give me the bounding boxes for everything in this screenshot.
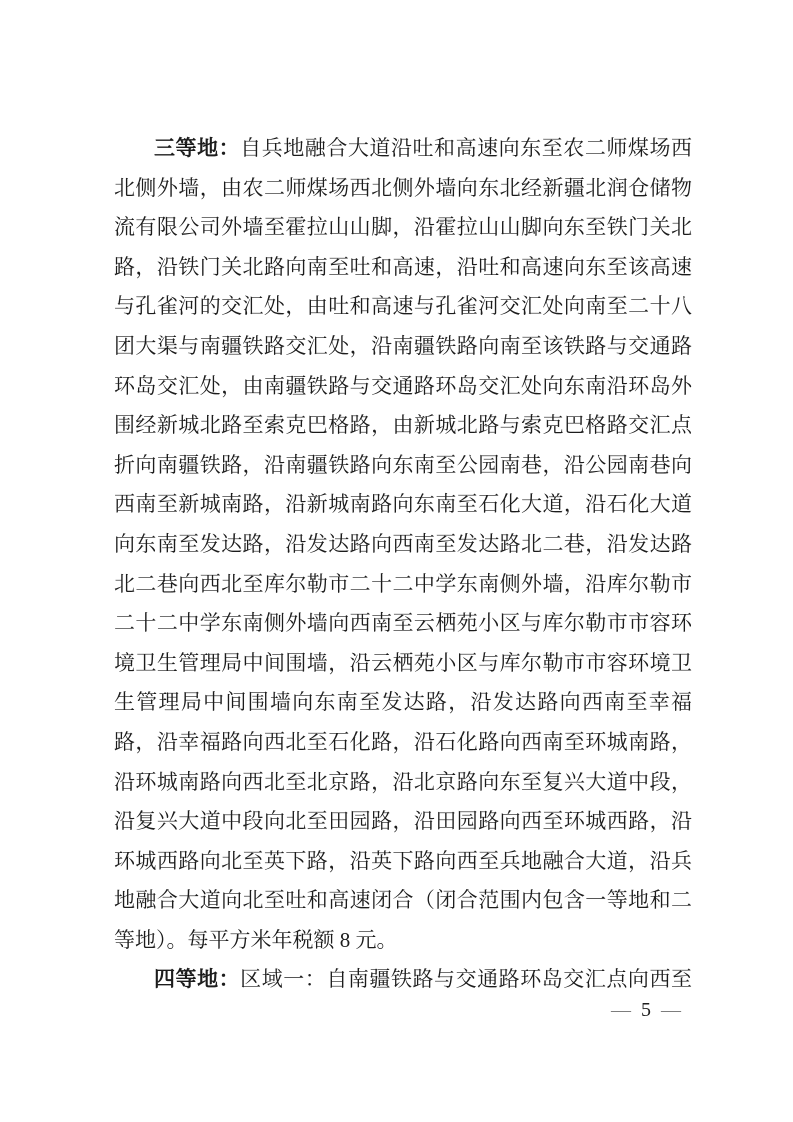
body-text-segment: 环城西路向北至英下路，沿英下路向西至兵地融合大道，沿兵: [114, 849, 692, 873]
body-text-segment: 围经新城北路至索克巴格路，由新城北路与索克巴格路交汇点: [114, 413, 692, 437]
text-line: 环城西路向北至英下路，沿英下路向西至兵地融合大道，沿兵: [114, 842, 692, 882]
body-text-segment: 沿复兴大道中段向北至田园路，沿田园路向西至环城西路，沿: [114, 809, 692, 833]
body-text-segment: 西南至新城南路，沿新城南路向东南至石化大道，沿石化大道: [114, 492, 692, 516]
body-text-segment: 折向南疆铁路，沿南疆铁路向东南至公园南巷，沿公园南巷向: [114, 453, 692, 477]
body-text-segment: 路，沿铁门关北路向南至吐和高速，沿吐和高速向东至该高速: [114, 255, 692, 279]
text-line: 流有限公司外墙至霍拉山山脚，沿霍拉山山脚向东至铁门关北: [114, 208, 692, 248]
document-page: 三等地：自兵地融合大道沿吐和高速向东至农二师煤场西北侧外墙，由农二师煤场西北侧外…: [0, 0, 793, 1122]
body-text-segment: 路，沿幸福路向西北至石化路，沿石化路向西南至环城南路，: [114, 730, 692, 754]
body-text-segment: 生管理局中间围墙向东南至发达路，沿发达路向西南至幸福: [114, 690, 692, 714]
text-line: 北侧外墙，由农二师煤场西北侧外墙向东北经新疆北润仓储物: [114, 169, 692, 209]
text-line: 沿环城南路向西北至北京路，沿北京路向东至复兴大道中段，: [114, 763, 692, 803]
body-text-segment: 北侧外墙，由农二师煤场西北侧外墙向东北经新疆北润仓储物: [114, 176, 692, 200]
text-line: 围经新城北路至索克巴格路，由新城北路与索克巴格路交汇点: [114, 406, 692, 446]
body-text-segment: 地融合大道向北至吐和高速闭合（闭合范围内包含一等地和二: [114, 888, 692, 912]
text-line: 地融合大道向北至吐和高速闭合（闭合范围内包含一等地和二: [114, 881, 692, 921]
section-heading: 三等地：: [154, 137, 240, 160]
body-text-segment: 环岛交汇处，由南疆铁路与交通路环岛交汇处向东南沿环岛外: [114, 374, 692, 398]
text-line: 向东南至发达路，沿发达路向西南至发达路北二巷，沿发达路: [114, 525, 692, 565]
body-text-segment: 境卫生管理局中间围墙，沿云栖苑小区与库尔勒市市容环境卫: [114, 651, 692, 675]
text-line: 北二巷向西北至库尔勒市二十二中学东南侧外墙，沿库尔勒市: [114, 565, 692, 605]
body-text: 三等地：自兵地融合大道沿吐和高速向东至农二师煤场西北侧外墙，由农二师煤场西北侧外…: [114, 129, 692, 1000]
text-line: 路，沿幸福路向西北至石化路，沿石化路向西南至环城南路，: [114, 723, 692, 763]
body-text-segment: 自兵地融合大道沿吐和高速向东至农二师煤场西: [240, 136, 692, 160]
text-line: 三等地：自兵地融合大道沿吐和高速向东至农二师煤场西: [114, 129, 692, 169]
body-text-segment: 向东南至发达路，沿发达路向西南至发达路北二巷，沿发达路: [114, 532, 692, 556]
text-line: 等地）。每平方米年税额 8 元。: [114, 921, 692, 961]
text-line: 四等地：区域一：自南疆铁路与交通路环岛交汇点向西至: [114, 960, 692, 1000]
page-number-value: 5: [641, 999, 651, 1021]
body-text-segment: 沿环城南路向西北至北京路，沿北京路向东至复兴大道中段，: [114, 770, 692, 794]
text-line: 折向南疆铁路，沿南疆铁路向东南至公园南巷，沿公园南巷向: [114, 446, 692, 486]
page-number-left-dash: —: [611, 999, 631, 1021]
body-text-segment: 团大渠与南疆铁路交汇处，沿南疆铁路向南至该铁路与交通路: [114, 334, 692, 358]
text-line: 与孔雀河的交汇处，由吐和高速与孔雀河交汇处向南至二十八: [114, 287, 692, 327]
text-line: 二十二中学东南侧外墙向西南至云栖苑小区与库尔勒市市容环: [114, 604, 692, 644]
body-text-segment: 与孔雀河的交汇处，由吐和高速与孔雀河交汇处向南至二十八: [114, 294, 692, 318]
page-number: —5—: [611, 998, 681, 1022]
text-line: 沿复兴大道中段向北至田园路，沿田园路向西至环城西路，沿: [114, 802, 692, 842]
body-text-segment: 二十二中学东南侧外墙向西南至云栖苑小区与库尔勒市市容环: [114, 611, 692, 635]
body-text-segment: 北二巷向西北至库尔勒市二十二中学东南侧外墙，沿库尔勒市: [114, 572, 692, 596]
body-text-segment: 等地）。每平方米年税额 8 元。: [114, 928, 398, 952]
body-text-segment: 区域一：自南疆铁路与交通路环岛交汇点向西至: [240, 967, 692, 991]
body-text-segment: 流有限公司外墙至霍拉山山脚，沿霍拉山山脚向东至铁门关北: [114, 215, 692, 239]
text-line: 西南至新城南路，沿新城南路向东南至石化大道，沿石化大道: [114, 485, 692, 525]
text-line: 环岛交汇处，由南疆铁路与交通路环岛交汇处向东南沿环岛外: [114, 367, 692, 407]
text-line: 境卫生管理局中间围墙，沿云栖苑小区与库尔勒市市容环境卫: [114, 644, 692, 684]
text-line: 生管理局中间围墙向东南至发达路，沿发达路向西南至幸福: [114, 683, 692, 723]
text-line: 路，沿铁门关北路向南至吐和高速，沿吐和高速向东至该高速: [114, 248, 692, 288]
section-heading: 四等地：: [154, 968, 240, 991]
page-number-right-dash: —: [661, 999, 681, 1021]
text-line: 团大渠与南疆铁路交汇处，沿南疆铁路向南至该铁路与交通路: [114, 327, 692, 367]
